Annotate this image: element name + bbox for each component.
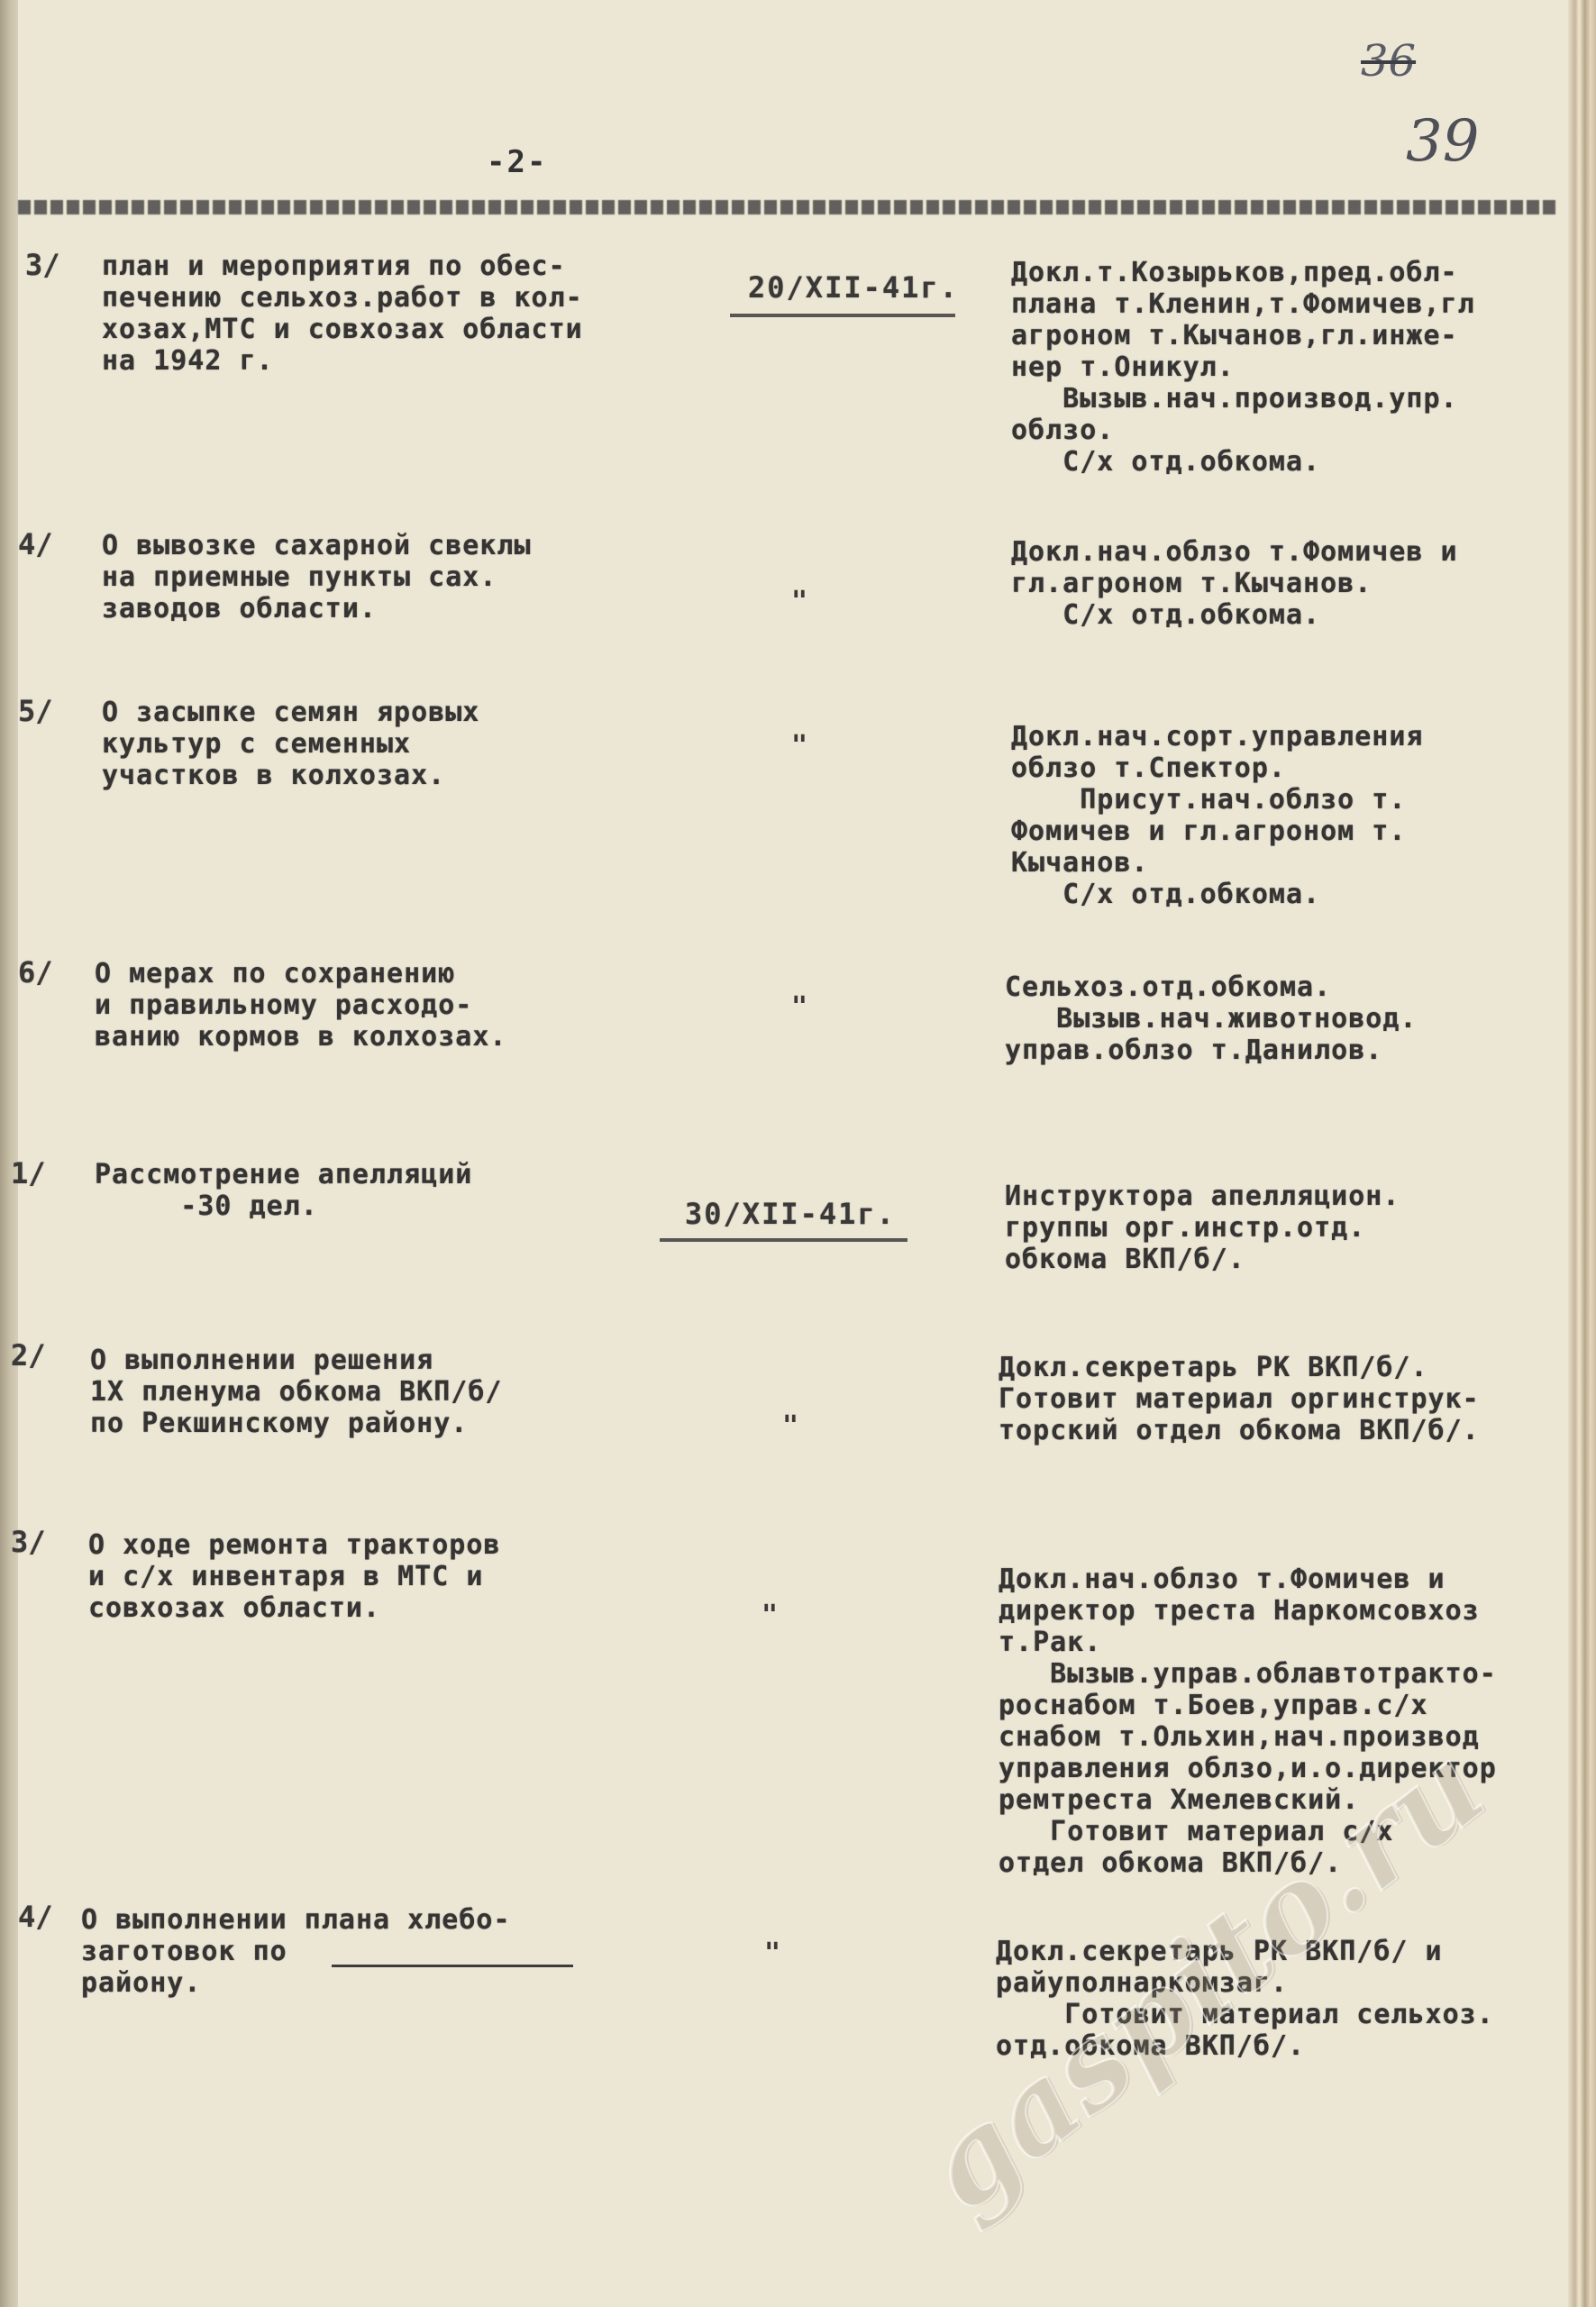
ditto-mark: " [791, 730, 807, 761]
item-number: 1/ [11, 1156, 46, 1190]
item-topic: О выполнении плана хлебо- заготовок по р… [81, 1904, 511, 1999]
item-topic: О засыпке семян яровых культур с семенны… [102, 697, 479, 791]
page-number: -2- [487, 144, 547, 180]
item-number: 3/ [25, 248, 60, 282]
ditto-mark: " [764, 1938, 780, 1969]
item-responsible: Инструктора апелляцион. группы орг.инстр… [1005, 1181, 1400, 1275]
item-number: 3/ [11, 1525, 46, 1559]
page-edge [1568, 0, 1596, 2307]
blank-fill-line [332, 1965, 573, 1967]
item-responsible: Докл.нач.сорт.управления облзо т.Спектор… [1011, 721, 1423, 910]
ditto-mark: " [791, 586, 807, 617]
item-date: 20/XII-41г. [748, 270, 959, 305]
folio-number: 39 [1406, 108, 1479, 175]
ditto-mark: " [762, 1600, 778, 1631]
item-number: 4/ [18, 527, 53, 561]
item-topic: О выполнении решения 1X пленума обкома В… [90, 1345, 502, 1439]
item-topic: О вывозке сахарной свеклы на приемные пу… [102, 530, 532, 625]
item-responsible: Сельхоз.отд.обкома. Вызыв.нач.животновод… [1005, 971, 1417, 1066]
date-underline [730, 314, 955, 317]
item-number: 5/ [18, 694, 53, 728]
ditto-mark: " [791, 991, 807, 1023]
item-responsible: Докл.нач.облзо т.Фомичев и гл.агроном т.… [1011, 536, 1458, 631]
item-topic: Рассмотрение апелляций -30 дел. [95, 1159, 472, 1222]
item-responsible: Докл.секретарь РК ВКП/б/. Готовит матери… [999, 1352, 1480, 1446]
item-number: 2/ [11, 1338, 46, 1372]
ditto-mark: " [782, 1410, 798, 1442]
header-rule [18, 200, 1559, 214]
item-number: 6/ [18, 955, 53, 989]
item-topic: план и мероприятия по обес- печению сель… [102, 251, 583, 377]
folio-number-crossed: 36 [1361, 36, 1416, 87]
item-date: 30/XII-41г. [685, 1197, 896, 1231]
item-responsible: Докл.т.Козырьков,пред.обл- плана т.Клени… [1011, 257, 1475, 478]
item-topic: О ходе ремонта тракторов и с/х инвентаря… [88, 1529, 500, 1624]
date-underline [660, 1238, 907, 1242]
item-topic: О мерах по сохранению и правильному расх… [95, 958, 506, 1053]
binding-strip [0, 0, 18, 2307]
item-number: 4/ [18, 1900, 53, 1934]
